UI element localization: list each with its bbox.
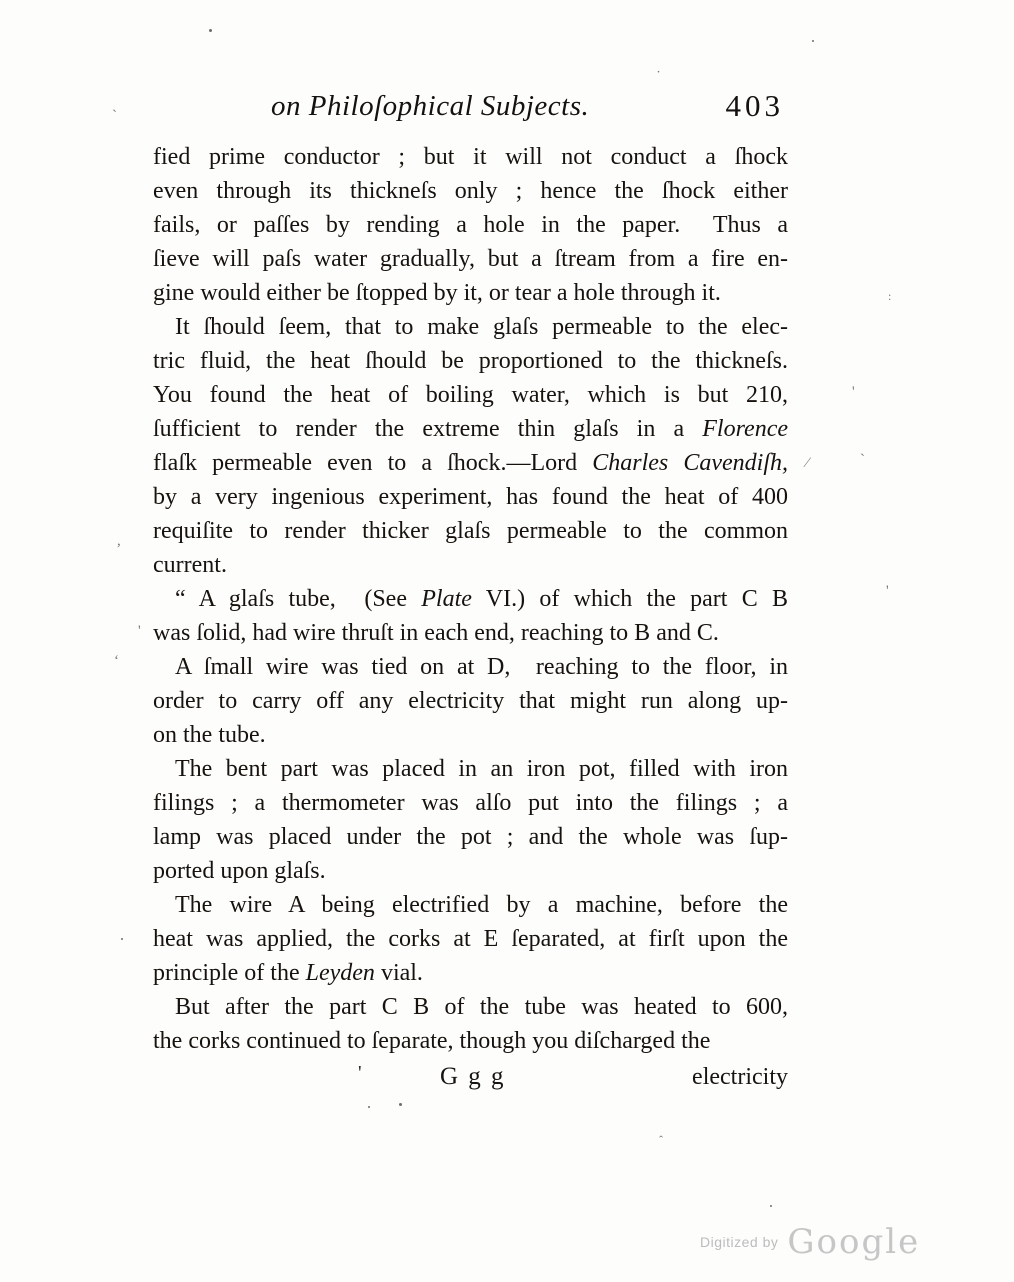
scan-speck — [121, 938, 123, 940]
text-line: The bent part was placed in an iron pot,… — [153, 752, 788, 786]
text-segment: the corks continued to ſeparate, though … — [153, 1028, 710, 1054]
scan-speck — [399, 1103, 402, 1106]
text-line: order to carry off any electricity that … — [153, 684, 788, 718]
book-page: on Philoſophical Subjects. 403 fied prim… — [0, 0, 1014, 1282]
text-segment: order to carry off any electricity that … — [153, 688, 788, 714]
text-segment: flaſk permeable even to a ſhock.—Lord — [153, 450, 592, 476]
paragraph: fied prime conductor ; but it will not c… — [153, 140, 788, 310]
text-segment: The wire A being electrified by a machin… — [175, 892, 788, 918]
text-segment: by a very ingenious experiment, has foun… — [153, 484, 788, 510]
text-segment: heat was applied, the corks at E ſeparat… — [153, 926, 788, 952]
text-segment: fails, or paſſes by rending a hole in th… — [153, 212, 788, 238]
catch-line: ' G g g electricity — [153, 1060, 788, 1094]
text-segment: ſufficient to render the extreme thin gl… — [153, 416, 702, 442]
page-number: 403 — [726, 88, 785, 124]
text-line: current. — [153, 548, 788, 582]
text-line: ported upon glaſs. — [153, 854, 788, 888]
text-segment: A ſmall wire was tied on at D, reaching … — [175, 654, 788, 680]
italic-text: Plate — [421, 586, 472, 612]
text-line: It ſhould ſeem, that to make glaſs perme… — [153, 310, 788, 344]
text-segment: filings ; a thermometer was alſo put int… — [153, 790, 788, 816]
catchword: electricity — [692, 1060, 788, 1094]
text-line: heat was applied, the corks at E ſeparat… — [153, 922, 788, 956]
paragraph: The wire A being electrified by a machin… — [153, 888, 788, 990]
text-line: by a very ingenious experiment, has foun… — [153, 480, 788, 514]
italic-text: Florence — [702, 416, 788, 442]
text-segment: gine would either be ſtopped by it, or t… — [153, 280, 721, 306]
printers-signature: G g g — [440, 1060, 506, 1094]
scan-speck — [770, 1205, 772, 1207]
paragraph: It ſhould ſeem, that to make glaſs perme… — [153, 310, 788, 582]
scan-speck: ' — [886, 584, 889, 599]
text-segment: requiſite to render thicker glaſs permea… — [153, 518, 788, 544]
paragraph: A ſmall wire was tied on at D, reaching … — [153, 650, 788, 752]
text-line: was ſolid, had wire thruſt in each end, … — [153, 616, 788, 650]
text-line: principle of the Leyden vial. — [153, 956, 788, 990]
text-segment: You found the heat of boiling water, whi… — [153, 382, 788, 408]
page-text-block: fied prime conductor ; but it will not c… — [153, 140, 788, 1058]
text-line: But after the part C B of the tube was h… — [153, 990, 788, 1024]
text-line: You found the heat of boiling water, whi… — [153, 378, 788, 412]
text-line: filings ; a thermometer was alſo put int… — [153, 786, 788, 820]
scan-speck: ' — [358, 1056, 362, 1090]
google-logo: Google — [787, 1222, 920, 1262]
text-segment: But after the part C B of the tube was h… — [175, 994, 788, 1020]
page-header: on Philoſophical Subjects. 403 — [153, 90, 788, 130]
text-segment: ported upon glaſs. — [153, 858, 326, 884]
text-line: even through its thickneſs only ; hence … — [153, 174, 788, 208]
italic-text: Charles Cavendiſh, — [592, 450, 788, 476]
scan-speck: ‘ — [114, 654, 119, 669]
text-line: ſufficient to render the extreme thin gl… — [153, 412, 788, 446]
scan-speck: , — [117, 534, 121, 549]
text-line: on the tube. — [153, 718, 788, 752]
watermark: Digitized by Google — [700, 1222, 920, 1262]
text-line: tric fluid, the heat ſhould be proportio… — [153, 344, 788, 378]
scan-speck: ` — [860, 453, 865, 468]
text-segment: was ſolid, had wire thruſt in each end, … — [153, 620, 719, 646]
scan-speck: ⁄ — [806, 456, 809, 471]
scan-speck — [812, 40, 814, 42]
scan-speck: ' — [852, 385, 855, 400]
text-line: fails, or paſſes by rending a hole in th… — [153, 208, 788, 242]
text-line: “ A glaſs tube, (See Plate VI.) of which… — [153, 582, 788, 616]
paragraph: The bent part was placed in an iron pot,… — [153, 752, 788, 888]
text-line: flaſk permeable even to a ſhock.—Lord Ch… — [153, 446, 788, 480]
text-line: the corks continued to ſeparate, though … — [153, 1024, 788, 1058]
text-segment: on the tube. — [153, 722, 266, 748]
scan-speck: ˎ — [112, 98, 117, 113]
scan-speck — [209, 29, 212, 32]
text-segment: fied prime conductor ; but it will not c… — [153, 144, 788, 170]
text-line: gine would either be ſtopped by it, or t… — [153, 276, 788, 310]
scan-speck — [368, 1106, 370, 1108]
scan-speck: ' — [138, 624, 141, 639]
text-segment: It ſhould ſeem, that to make glaſs perme… — [175, 314, 788, 340]
paragraph: “ A glaſs tube, (See Plate VI.) of which… — [153, 582, 788, 650]
text-segment: The bent part was placed in an iron pot,… — [175, 756, 788, 782]
scan-speck: : — [888, 290, 891, 302]
scan-speck: ˆ — [659, 1134, 663, 1146]
text-line: requiſite to render thicker glaſs permea… — [153, 514, 788, 548]
text-line: A ſmall wire was tied on at D, reaching … — [153, 650, 788, 684]
text-segment: tric fluid, the heat ſhould be proportio… — [153, 348, 788, 374]
text-line: The wire A being electrified by a machin… — [153, 888, 788, 922]
text-segment: vial. — [375, 960, 423, 986]
text-segment: VI.) of which the part C B — [472, 586, 788, 612]
text-segment: current. — [153, 552, 227, 578]
text-segment: principle of the — [153, 960, 306, 986]
text-segment: “ A glaſs tube, (See — [175, 586, 421, 612]
text-segment: lamp was placed under the pot ; and the … — [153, 824, 788, 850]
scan-speck: ˙ — [656, 70, 661, 85]
text-segment: ſieve will paſs water gradually, but a ſ… — [153, 246, 788, 272]
text-line: lamp was placed under the pot ; and the … — [153, 820, 788, 854]
text-segment: even through its thickneſs only ; hence … — [153, 178, 788, 204]
text-line: fied prime conductor ; but it will not c… — [153, 140, 788, 174]
running-title: on Philoſophical Subjects. — [271, 90, 589, 123]
italic-text: Leyden — [306, 960, 375, 986]
digitized-by-label: Digitized by — [700, 1234, 778, 1250]
text-line: ſieve will paſs water gradually, but a ſ… — [153, 242, 788, 276]
paragraph: But after the part C B of the tube was h… — [153, 990, 788, 1058]
